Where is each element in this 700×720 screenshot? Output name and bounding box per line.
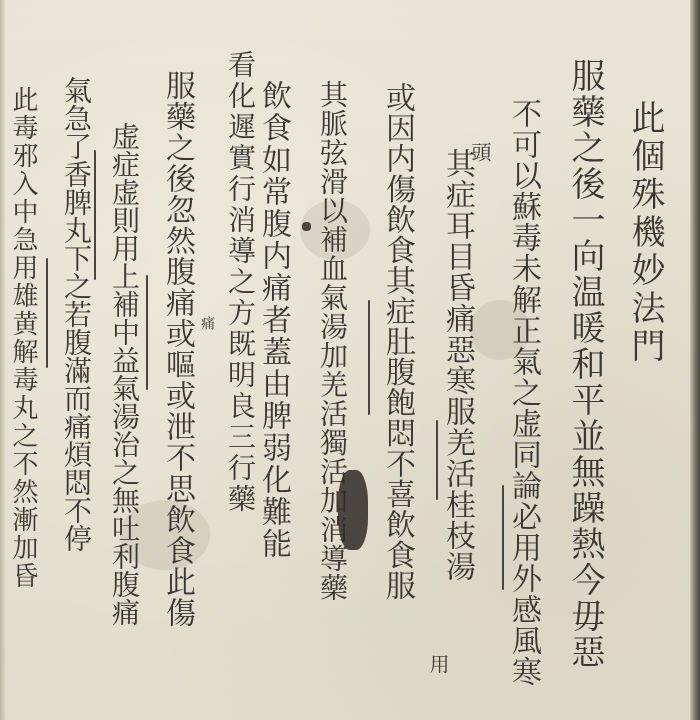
ink-dot bbox=[302, 222, 311, 231]
annotation-bracket bbox=[368, 300, 370, 415]
text-column-2: 服藥之後一向温暖和平並無躁熱今毋惡 bbox=[568, 58, 602, 670]
annotation-bracket bbox=[94, 150, 96, 280]
text-column-11: 氣急了香脾丸下之若腹滿而痛煩悶不停 bbox=[62, 76, 90, 552]
text-column-5: 或因内傷飲食其症肚腹飽悶不喜飲食服 bbox=[382, 82, 412, 601]
text-column-4: 其症耳目昏痛惡寒服羌活桂枝湯 bbox=[442, 148, 472, 582]
page-binding-edge bbox=[690, 0, 700, 720]
text-column-8: 看化遲實行消導之方既明良三行藥 bbox=[226, 50, 254, 515]
text-column-1: 此個殊機妙法門 bbox=[628, 100, 662, 366]
margin-note-col9: 痛 bbox=[200, 316, 214, 330]
ink-strikeout bbox=[338, 470, 368, 550]
annotation-bracket bbox=[436, 420, 438, 500]
page-left-edge bbox=[0, 0, 6, 720]
annotation-bracket bbox=[146, 275, 148, 390]
manuscript-page: 此個殊機妙法門 服藥之後一向温暖和平並無躁熱今毋惡 不可以蘇毒未解正氣之虚同論必… bbox=[0, 0, 700, 720]
text-column-9: 服藥之後忽然腹痛或嘔或泄不思飲食此傷 bbox=[162, 70, 192, 628]
annotation-bracket bbox=[46, 258, 48, 368]
margin-note-col5: 用 bbox=[428, 654, 448, 674]
text-column-7: 飲食如常腹内痛者蓋由脾弱化難能 bbox=[258, 80, 288, 560]
annotation-bracket bbox=[502, 485, 504, 590]
text-column-12: 此毒邪入中急用雄黄解毒丸之不然漸加昏 bbox=[10, 86, 36, 590]
text-column-10: 虚症虚則用上補中益氣湯治之無吐利腹痛 bbox=[110, 122, 138, 626]
text-column-3: 不可以蘇毒未解正氣之虚同論必用外感風寒 bbox=[508, 98, 538, 687]
